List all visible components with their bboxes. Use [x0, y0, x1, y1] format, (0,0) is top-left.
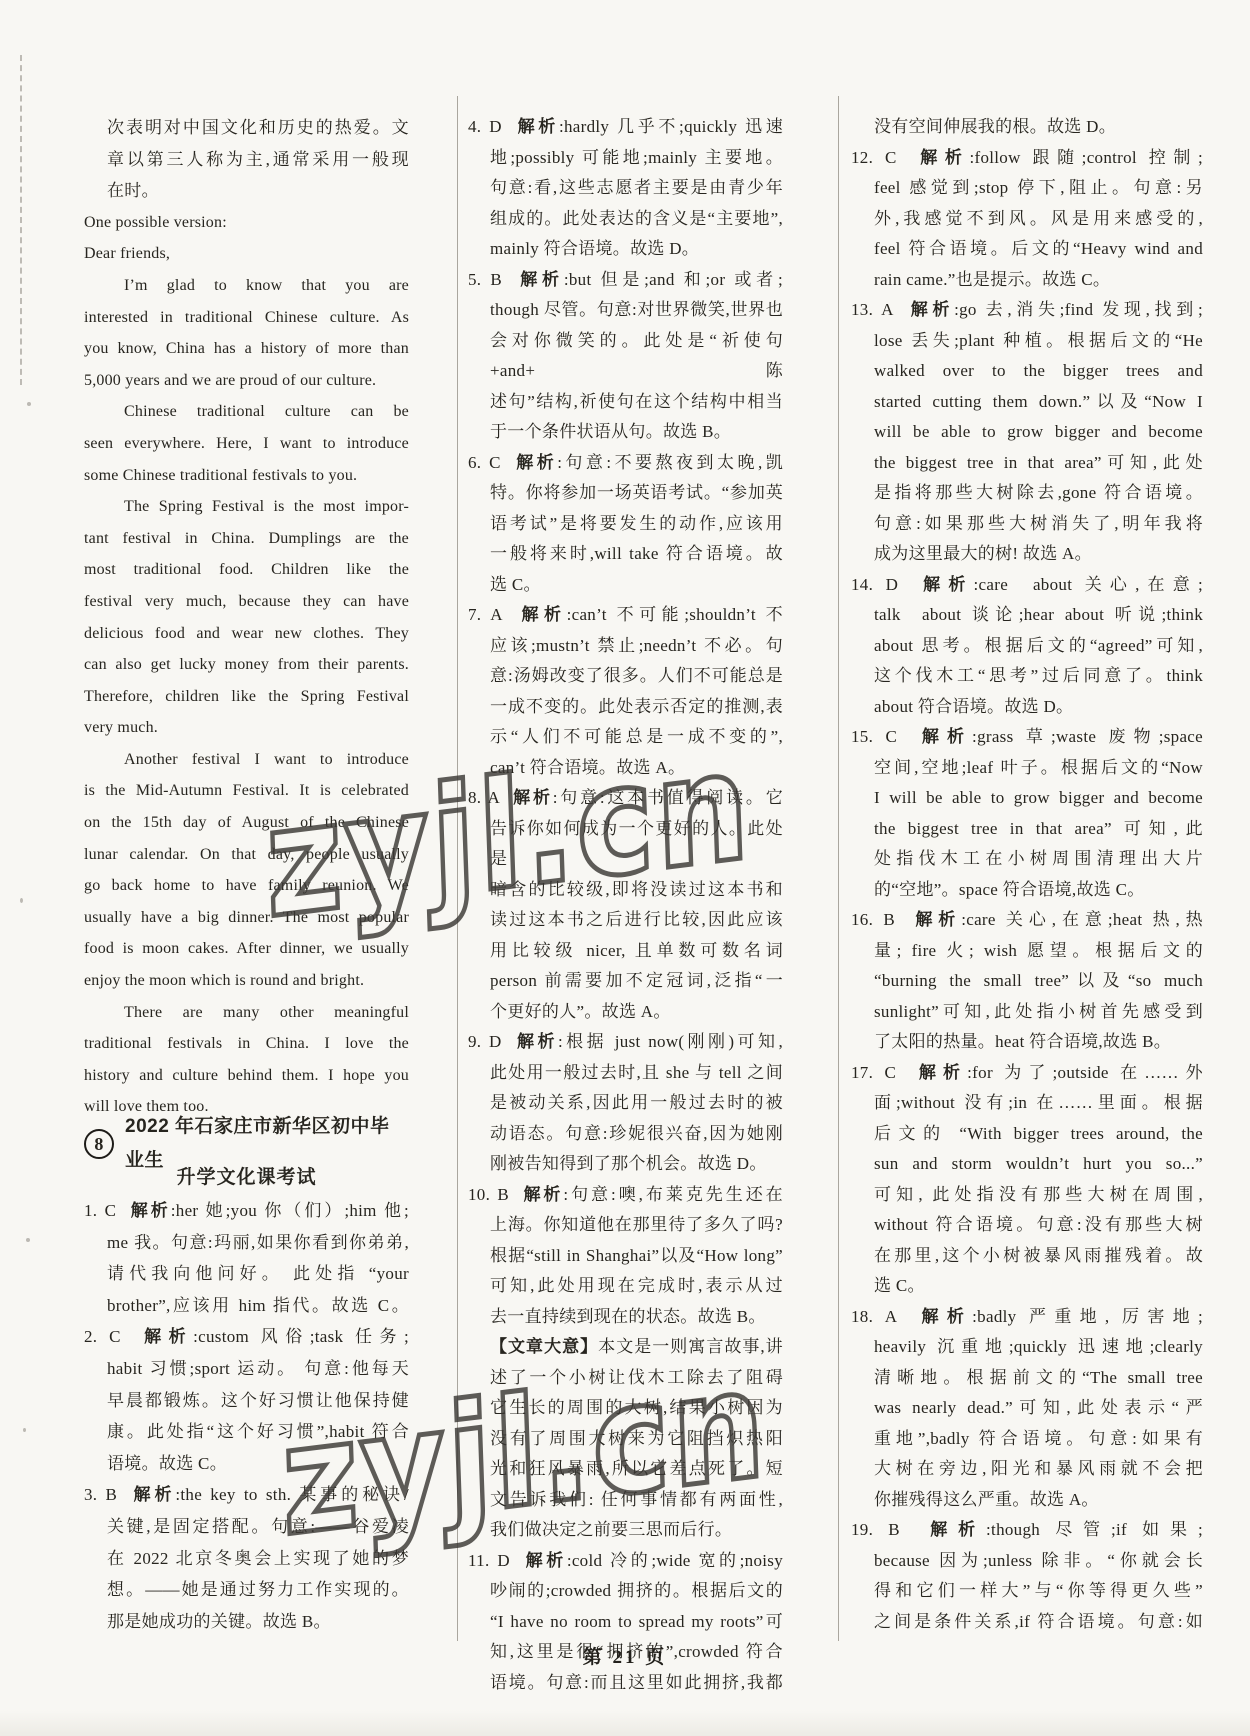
text-segment: :the key to sth. 某事的秘诀/: [175, 1485, 409, 1504]
text-line: 在时。: [84, 175, 409, 207]
text-segment: One possible version:: [84, 214, 227, 231]
text-line: I’m glad to know that you are: [84, 270, 409, 302]
text-segment: 光和狂风暴雨,所以它差点死了。短: [490, 1459, 783, 1478]
text-segment: 你摧残得这么严重。故选 A。: [874, 1490, 1099, 1509]
text-segment: :grass 草;waste 废物;space: [972, 727, 1203, 746]
text-segment: 选 C。: [874, 1276, 925, 1295]
text-line: 述句”结构,祈使句在这个结构中相当: [468, 387, 783, 418]
text-segment: 语境。故选 C。: [107, 1454, 227, 1473]
text-segment: is the Mid-Autumn Festival. It is celebr…: [84, 782, 409, 799]
text-line: 用比较级 nicer, 且单数可数名词: [468, 936, 783, 967]
text-line: 可知, 此处指没有那些大树在周围,: [851, 1180, 1203, 1211]
text-segment: go back home to have family reunion. We: [84, 877, 409, 894]
text-line: started cutting them down.”以及“Now I: [851, 387, 1203, 418]
text-line: seen everywhere. Here, I want to introdu…: [84, 428, 409, 460]
text-line: festival very much, because they can hav…: [84, 586, 409, 618]
text-column-middle: 4. D 解析:hardly 几乎不;quickly 迅速地;possibly …: [468, 112, 783, 1698]
text-line: talk about 谈论;hear about 听说;think: [851, 600, 1203, 631]
text-segment: 得和它们一样大”与“你等得更久些”: [874, 1581, 1203, 1600]
text-line: 请代我向他问好。 此处指 “your: [84, 1258, 409, 1290]
scan-speck: [20, 898, 23, 903]
text-line: 10. B 解析:句意:噢,布莱克先生还在: [468, 1180, 783, 1211]
text-segment: 是被动关系,因此用一般过去时的被: [490, 1093, 783, 1112]
text-segment: 14. D: [851, 575, 923, 594]
text-line: very much.: [84, 712, 409, 744]
text-segment: 暗含的比较级,即将没读过这本书和: [490, 880, 783, 899]
text-line: was nearly dead.”可知,此处表示“严: [851, 1393, 1203, 1424]
text-segment: 上海。你知道他在那里待了多久了吗?: [490, 1215, 783, 1234]
text-line: 一般将来时,will take 符合语境。故: [468, 539, 783, 570]
text-segment: 没有了周围大树来为它阻挡炽热阳: [490, 1429, 783, 1448]
text-segment: 是指将那些大树除去,gone 符合语境。: [874, 483, 1203, 502]
text-line: about 符合语境。故选 D。: [851, 692, 1203, 723]
text-line: the biggest tree in that area”可知,此处: [851, 448, 1203, 479]
text-segment: Dear friends,: [84, 245, 170, 262]
text-segment: 它生长的周围的大树,结果小树因为: [490, 1398, 783, 1417]
text-line: can also get lucky money from their pare…: [84, 649, 409, 681]
scan-speck: [27, 402, 31, 406]
text-segment: delicious food and wear new clothes. The…: [84, 625, 409, 642]
text-segment: There are many other meaningful: [124, 1004, 409, 1021]
text-line: 你摧残得这么严重。故选 A。: [851, 1485, 1203, 1516]
text-line: because 因为;unless 除非。“你就会长: [851, 1546, 1203, 1577]
text-segment: :cold 冷的;wide 宽的;noisy: [567, 1551, 783, 1570]
text-line: 【文章大意】本文是一则寓言故事,讲: [468, 1332, 783, 1363]
text-line: 是被动关系,因此用一般过去时的被: [468, 1088, 783, 1119]
text-line: 16. B 解析:care 关心,在意;heat 热,热: [851, 905, 1203, 936]
text-line: lose 丢失;plant 种植。根据后文的“He: [851, 326, 1203, 357]
text-segment: heavily 沉重地;quickly 迅速地;clearly: [874, 1337, 1203, 1356]
text-line: feel 符合语境。后文的“Heavy wind and: [851, 234, 1203, 265]
text-segment: :custom 风俗;task 任务;: [193, 1327, 409, 1346]
text-segment: 读过这本书之后进行比较,因此应该: [490, 910, 783, 929]
text-segment: enjoy the moon which is round and bright…: [84, 972, 364, 989]
text-line: 了太阳的热量。heat 符合语境,故选 B。: [851, 1027, 1203, 1058]
text-line: sun and storm wouldn’t hurt you so...”: [851, 1149, 1203, 1180]
text-segment: 18. A: [851, 1307, 922, 1326]
text-segment: 语境。句意:而且这里如此拥挤,我都: [490, 1673, 783, 1692]
text-segment: history and culture behind them. I hope …: [84, 1067, 409, 1084]
text-segment: 次表明对中国文化和历史的热爱。文: [107, 118, 409, 137]
text-line: 语境。故选 C。: [84, 1448, 409, 1480]
text-segment: lunar calendar. On that day, people usua…: [84, 846, 409, 863]
text-segment: 解析: [923, 575, 973, 594]
text-segment: :for 为了;outside 在……外: [967, 1063, 1203, 1082]
text-segment: was nearly dead.”可知,此处表示“严: [874, 1398, 1203, 1417]
text-line: 面;without 没有;in 在……里面。根据: [851, 1088, 1203, 1119]
text-segment: 处指伐木工在小树周围清理出大片: [874, 849, 1203, 868]
text-line: 于一个条件状语从句。故选 B。: [468, 417, 783, 448]
text-line: is the Mid-Autumn Festival. It is celebr…: [84, 775, 409, 807]
text-line: 的“空地”。space 符合语境,故选 C。: [851, 875, 1203, 906]
text-line: 6. C 解析:句意:不要熬夜到太晚,凯: [468, 448, 783, 479]
text-segment: 根据“still in Shanghai”以及“How long”: [490, 1246, 783, 1265]
text-line: sunlight”可知,此处指小树首先感受到: [851, 997, 1203, 1028]
text-line: Therefore, children like the Spring Fest…: [84, 681, 409, 713]
text-line: 章以第三人称为主,通常采用一般现: [84, 144, 409, 176]
text-segment: 解析: [518, 117, 559, 136]
text-segment: talk about 谈论;hear about 听说;think: [874, 605, 1203, 624]
text-segment: 解析: [521, 605, 566, 624]
text-line: habit 习惯;sport 运动。 句意:他每天: [84, 1353, 409, 1385]
text-segment: :句意:这本书值得阅读。它: [553, 788, 783, 807]
text-segment: 请代我向他问好。 此处指 “your: [107, 1264, 409, 1283]
text-line: 个更好的人”。故选 A。: [468, 997, 783, 1028]
text-segment: sunlight”可知,此处指小树首先感受到: [874, 1002, 1203, 1021]
text-line: 语考试”是将要发生的动作,应该用: [468, 509, 783, 540]
text-segment: food is moon cakes. After dinner, we usu…: [84, 940, 409, 957]
text-segment: rain came.”也是提示。故选 C。: [874, 270, 1110, 289]
text-segment: me 我。句意:玛丽,如果你看到你弟弟,: [107, 1233, 409, 1252]
text-line: can’t 符合语境。故选 A。: [468, 753, 783, 784]
text-segment: 外,我感觉不到风。风是用来感受的,: [874, 209, 1203, 228]
text-line: 成为这里最大的树! 故选 A。: [851, 539, 1203, 570]
text-line: 那是她成功的关键。故选 B。: [84, 1606, 409, 1638]
text-segment: you know, China has a history of more th…: [84, 340, 409, 357]
text-segment: 5. B: [468, 270, 520, 289]
text-segment: 我们做决定之前要三思而后行。: [490, 1520, 732, 1539]
text-segment: 19. B: [851, 1520, 930, 1539]
text-segment: 早晨都锻炼。这个好习惯让他保持健: [107, 1391, 409, 1410]
text-line: go back home to have family reunion. We: [84, 870, 409, 902]
text-line: 早晨都锻炼。这个好习惯让他保持健: [84, 1385, 409, 1417]
text-segment: 解析: [144, 1327, 193, 1346]
text-line: some Chinese traditional festivals to yo…: [84, 460, 409, 492]
text-line: tant festival in China. Dumplings are th…: [84, 523, 409, 555]
text-line: 外,我感觉不到风。风是用来感受的,: [851, 204, 1203, 235]
text-segment: without 符合语境。句意:没有那些大树: [874, 1215, 1203, 1234]
text-line: 文告诉我们: 任何事情都有两面性,: [468, 1485, 783, 1516]
text-segment: 可知, 此处指没有那些大树在周围,: [874, 1185, 1203, 1204]
text-segment: 7. A: [468, 605, 521, 624]
text-segment: 5,000 years and we are proud of our cult…: [84, 372, 376, 389]
text-segment: tant festival in China. Dumplings are th…: [84, 530, 409, 547]
text-segment: sun and storm wouldn’t hurt you so...”: [874, 1154, 1203, 1173]
text-line: most traditional food. Children like the: [84, 554, 409, 586]
text-line: 地;possibly 可能地;mainly 主要地。: [468, 143, 783, 174]
text-segment: :her 她;you 你（们）;him 他;: [171, 1201, 409, 1220]
text-line: 会对你微笑的。此处是“祈使句+and+陈: [468, 326, 783, 387]
text-segment: 应该;mustn’t 禁止;needn’t 不必。句: [490, 636, 783, 655]
text-segment: about 思考。根据后文的“agreed”可知,: [874, 636, 1203, 655]
text-segment: 解析: [915, 910, 961, 929]
text-segment: 解析: [526, 1551, 567, 1570]
text-line: though 尽管。句意:对世界微笑,世界也: [468, 295, 783, 326]
text-segment: about 符合语境。故选 D。: [874, 697, 1073, 716]
text-segment: 动语态。句意:珍妮很兴奋,因为她刚: [490, 1124, 783, 1143]
text-line: I will be able to grow bigger and become: [851, 783, 1203, 814]
text-line: 2. C 解析:custom 风俗;task 任务;: [84, 1321, 409, 1353]
text-segment: 【文章大意】: [490, 1337, 598, 1356]
text-segment: :go 去,消失;find 发现,找到;: [954, 300, 1203, 319]
text-segment: 个更好的人”。故选 A。: [490, 1002, 671, 1021]
text-segment: 解析: [911, 300, 954, 319]
text-line: 想。——她是通过努力工作实现的。: [84, 1574, 409, 1606]
text-line: 处指伐木工在小树周围清理出大片: [851, 844, 1203, 875]
text-line: you know, China has a history of more th…: [84, 333, 409, 365]
text-segment: 解析: [922, 727, 972, 746]
text-segment: 在时。: [107, 181, 159, 200]
page-number: 第 21 页: [0, 1642, 1250, 1669]
text-line: 句意:如果那些大树消失了,明年我将: [851, 509, 1203, 540]
text-segment: though 尽管。句意:对世界微笑,世界也: [490, 300, 783, 319]
text-line: 5. B 解析:but 但是;and 和;or 或者;: [468, 265, 783, 296]
text-segment: 此处用一般过去时,且 she 与 tell 之间: [490, 1063, 783, 1082]
text-segment: Therefore, children like the Spring Fest…: [84, 688, 409, 705]
text-segment: :follow 跟随;control 控制;: [969, 148, 1203, 167]
text-line: 次表明对中国文化和历史的热爱。文: [84, 112, 409, 144]
text-line: 可知,此处用现在完成时,表示从过: [468, 1271, 783, 1302]
text-line: 动语态。句意:珍妮很兴奋,因为她刚: [468, 1119, 783, 1150]
text-segment: 之间是条件关系,if 符合语境。句意:如: [874, 1612, 1203, 1631]
text-line: on the 15th day of August of the Chinese: [84, 807, 409, 839]
text-segment: 17. C: [851, 1063, 919, 1082]
text-segment: 2. C: [84, 1327, 144, 1346]
text-line: 19. B 解析:though 尽管;if 如果;: [851, 1515, 1203, 1546]
text-segment: 3. B: [84, 1485, 134, 1504]
text-segment: 一成不变的。此处表示否定的推测,表: [490, 697, 783, 716]
text-segment: 关键,是固定搭配。句意:——谷爱凌: [107, 1517, 409, 1536]
text-segment: feel 符合语境。后文的“Heavy wind and: [874, 239, 1203, 258]
text-line: 句意:看,这些志愿者主要是由青少年: [468, 173, 783, 204]
text-segment: 解析: [930, 1520, 986, 1539]
scan-bottom-smudge: [0, 1710, 1250, 1736]
text-column-right: 没有空间伸展我的根。故选 D。12. C 解析:follow 跟随;contro…: [851, 112, 1203, 1637]
text-segment: :can’t 不可能;shouldn’t 不: [567, 605, 783, 624]
text-line: 去一直持续到现在的状态。故选 B。: [468, 1302, 783, 1333]
text-line: 11. D 解析:cold 冷的;wide 宽的;noisy: [468, 1546, 783, 1577]
text-segment: Another festival I want to introduce: [124, 751, 409, 768]
scan-speck: [23, 1428, 26, 1432]
text-segment: The Spring Festival is the most impor-: [124, 498, 409, 515]
text-segment: 15. C: [851, 727, 922, 746]
text-segment: :but 但是;and 和;or 或者;: [564, 270, 783, 289]
text-line: 在那里,这个小树被暴风雨摧残着。故: [851, 1241, 1203, 1272]
text-segment: 康。此处指“这个好习惯”,habit 符合: [107, 1422, 409, 1441]
text-segment: 于一个条件状语从句。故选 B。: [490, 422, 731, 441]
text-line: the biggest tree in that area” 可知,此: [851, 814, 1203, 845]
text-segment: 10. B: [468, 1185, 523, 1204]
text-line: The Spring Festival is the most impor-: [84, 491, 409, 523]
text-segment: 空间,空地;leaf 叶子。根据后文的“Now: [874, 758, 1203, 777]
text-line: 应该;mustn’t 禁止;needn’t 不必。句: [468, 631, 783, 662]
text-line: 在 2022 北京冬奥会上实现了她的梦: [84, 1543, 409, 1575]
text-segment: Chinese traditional culture can be: [124, 403, 409, 420]
text-line: 康。此处指“这个好习惯”,habit 符合: [84, 1416, 409, 1448]
text-line: without 符合语境。句意:没有那些大树: [851, 1210, 1203, 1241]
text-line: will be able to grow bigger and become: [851, 417, 1203, 448]
text-column-left: 次表明对中国文化和历史的热爱。文章以第三人称为主,通常采用一般现在时。One p…: [84, 112, 409, 1637]
text-segment: because 因为;unless 除非。“你就会长: [874, 1551, 1203, 1570]
text-segment: I’m glad to know that you are: [124, 277, 409, 294]
text-line: 一成不变的。此处表示否定的推测,表: [468, 692, 783, 723]
text-segment: 后文的 “With bigger trees around, the: [874, 1124, 1203, 1143]
text-line: 述了一个小树让伐木工除去了阻碍: [468, 1363, 783, 1394]
text-line: 吵闹的;crowded 拥挤的。根据后文的: [468, 1576, 783, 1607]
text-segment: habit 习惯;sport 运动。 句意:他每天: [107, 1359, 409, 1378]
text-line: “I have no room to spread my roots”可: [468, 1607, 783, 1638]
text-segment: :根据 just now(刚刚)可知,: [558, 1032, 783, 1051]
text-segment: 清晰地。根据前文的“The small tree: [874, 1368, 1203, 1387]
text-line: 5,000 years and we are proud of our cult…: [84, 365, 409, 397]
text-line: 8. A 解析:句意:这本书值得阅读。它: [468, 783, 783, 814]
text-line: 此处用一般过去时,且 she 与 tell 之间: [468, 1058, 783, 1089]
text-line: Another festival I want to introduce: [84, 744, 409, 776]
scanned-answer-page: 次表明对中国文化和历史的热爱。文章以第三人称为主,通常采用一般现在时。One p…: [0, 0, 1250, 1736]
text-segment: :句意:噢,布莱克先生还在: [563, 1185, 783, 1204]
text-line: feel 感觉到;stop 停下,阻止。句意:另: [851, 173, 1203, 204]
text-segment: 6. C: [468, 453, 516, 472]
text-segment: very much.: [84, 719, 158, 736]
text-segment: 的“空地”。space 符合语境,故选 C。: [874, 880, 1145, 899]
text-segment: 述句”结构,祈使句在这个结构中相当: [490, 392, 783, 411]
text-line: 15. C 解析:grass 草;waste 废物;space: [851, 722, 1203, 753]
text-line: 特。你将参加一场英语考试。“参加英: [468, 478, 783, 509]
text-segment: festival very much, because they can hav…: [84, 593, 409, 610]
text-segment: 去一直持续到现在的状态。故选 B。: [490, 1307, 766, 1326]
text-line: 4. D 解析:hardly 几乎不;quickly 迅速: [468, 112, 783, 143]
text-line: 14. D 解析:care about 关心,在意;: [851, 570, 1203, 601]
text-segment: 解析: [919, 1063, 967, 1082]
text-line: 选 C。: [851, 1271, 1203, 1302]
text-segment: 句意:看,这些志愿者主要是由青少年: [490, 178, 783, 197]
text-segment: can’t 符合语境。故选 A。: [490, 758, 685, 777]
text-segment: 11. D: [468, 1551, 526, 1570]
text-segment: walked over to the bigger trees and: [874, 361, 1203, 380]
text-line: 组成的。此处表达的含义是“主要地”,: [468, 204, 783, 235]
text-segment: 解析: [513, 788, 553, 807]
text-segment: 在 2022 北京冬奥会上实现了她的梦: [107, 1549, 409, 1568]
text-line: heavily 沉重地;quickly 迅速地;clearly: [851, 1332, 1203, 1363]
text-segment: I will be able to grow bigger and become: [874, 788, 1203, 807]
text-segment: most traditional food. Children like the: [84, 561, 409, 578]
column-divider: [457, 96, 458, 1641]
text-segment: 解析: [520, 270, 564, 289]
text-segment: 了太阳的热量。heat 符合语境,故选 B。: [874, 1032, 1171, 1051]
text-segment: seen everywhere. Here, I want to introdu…: [84, 435, 409, 452]
text-line: 清晰地。根据前文的“The small tree: [851, 1363, 1203, 1394]
text-line: 暗含的比较级,即将没读过这本书和: [468, 875, 783, 906]
text-segment: 句意:如果那些大树消失了,明年我将: [874, 514, 1203, 533]
text-line: walked over to the bigger trees and: [851, 356, 1203, 387]
text-line: 13. A 解析:go 去,消失;find 发现,找到;: [851, 295, 1203, 326]
text-segment: 地;possibly 可能地;mainly 主要地。: [490, 148, 783, 167]
text-segment: some Chinese traditional festivals to yo…: [84, 467, 357, 484]
text-segment: 解析: [134, 1485, 176, 1504]
text-segment: 大树在旁边,阳光和暴风雨就不会把: [874, 1459, 1203, 1478]
text-line: 上海。你知道他在那里待了多久了吗?: [468, 1210, 783, 1241]
text-segment: 选 C。: [490, 575, 541, 594]
text-line: rain came.”也是提示。故选 C。: [851, 265, 1203, 296]
text-line: 是指将那些大树除去,gone 符合语境。: [851, 478, 1203, 509]
text-segment: 解析: [516, 453, 557, 472]
text-line: 之间是条件关系,if 符合语境。句意:如: [851, 1607, 1203, 1638]
text-segment: :badly 严重地, 厉害地;: [972, 1307, 1203, 1326]
text-line: Dear friends,: [84, 238, 409, 270]
text-line: 12. C 解析:follow 跟随;control 控制;: [851, 143, 1203, 174]
text-segment: 解析: [922, 1307, 973, 1326]
text-line: 读过这本书之后进行比较,因此应该: [468, 905, 783, 936]
text-segment: on the 15th day of August of the Chinese: [84, 814, 409, 831]
scan-edge-artifact: [20, 55, 22, 385]
text-segment: 会对你微笑的。此处是“祈使句+and+陈: [490, 331, 783, 381]
text-segment: 解析: [517, 1032, 558, 1051]
text-segment: 8. A: [468, 788, 513, 807]
text-segment: 告诉你如何成为一个更好的人。此处是: [490, 819, 783, 869]
text-segment: 想。——她是通过努力工作实现的。: [107, 1580, 409, 1599]
text-segment: “I have no room to spread my roots”可: [490, 1612, 783, 1631]
text-segment: 重地”,badly 符合语境。句意:如果有: [874, 1429, 1203, 1448]
text-segment: 升学文化课考试: [176, 1167, 316, 1188]
text-segment: 那是她成功的关键。故选 B。: [107, 1612, 331, 1631]
text-segment: 吵闹的;crowded 拥挤的。根据后文的: [490, 1581, 783, 1600]
text-segment: 4. D: [468, 117, 518, 136]
text-segment: traditional festivals in China. I love t…: [84, 1035, 409, 1052]
text-segment: can also get lucky money from their pare…: [84, 656, 409, 673]
text-line: lunar calendar. On that day, people usua…: [84, 839, 409, 871]
text-line: 3. B 解析:the key to sth. 某事的秘诀/: [84, 1479, 409, 1511]
text-line: One possible version:: [84, 207, 409, 239]
text-line: 关键,是固定搭配。句意:——谷爱凌: [84, 1511, 409, 1543]
text-line: 示“人们不可能总是一成不变的”,: [468, 722, 783, 753]
text-line: usually have a big dinner. The most popu…: [84, 902, 409, 934]
text-segment: 12. C: [851, 148, 920, 167]
text-line: interested in traditional Chinese cultur…: [84, 302, 409, 334]
text-line: delicious food and wear new clothes. The…: [84, 618, 409, 650]
text-segment: person 前需要加不定冠词,泛指“一: [490, 971, 783, 990]
text-segment: 16. B: [851, 910, 915, 929]
section-number-badge: 8: [84, 1129, 114, 1159]
text-line: 后文的 “With bigger trees around, the: [851, 1119, 1203, 1150]
text-segment: 13. A: [851, 300, 911, 319]
text-segment: 解析: [920, 148, 969, 167]
text-segment: 特。你将参加一场英语考试。“参加英: [490, 483, 783, 502]
text-line: 大树在旁边,阳光和暴风雨就不会把: [851, 1454, 1203, 1485]
text-line: 82022 年石家庄市新华区初中毕业生: [84, 1127, 409, 1161]
text-line: 重地”,badly 符合语境。句意:如果有: [851, 1424, 1203, 1455]
text-segment: 用比较级 nicer, 且单数可数名词: [490, 941, 783, 960]
text-line: brother”,应该用 him 指代。故选 C。: [84, 1290, 409, 1322]
text-line: 得和它们一样大”与“你等得更久些”: [851, 1576, 1203, 1607]
text-line: history and culture behind them. I hope …: [84, 1060, 409, 1092]
text-line: 根据“still in Shanghai”以及“How long”: [468, 1241, 783, 1272]
text-line: Chinese traditional culture can be: [84, 396, 409, 428]
text-segment: 面;without 没有;in 在……里面。根据: [874, 1093, 1203, 1112]
text-segment: usually have a big dinner. The most popu…: [84, 909, 409, 926]
text-segment: feel 感觉到;stop 停下,阻止。句意:另: [874, 178, 1203, 197]
scan-speck: [26, 1238, 30, 1242]
text-line: about 思考。根据后文的“agreed”可知,: [851, 631, 1203, 662]
text-segment: lose 丢失;plant 种植。根据后文的“He: [874, 331, 1203, 350]
text-segment: 在那里,这个小树被暴风雨摧残着。故: [874, 1246, 1203, 1265]
text-line: 它生长的周围的大树,结果小树因为: [468, 1393, 783, 1424]
text-line: 7. A 解析:can’t 不可能;shouldn’t 不: [468, 600, 783, 631]
text-line: 告诉你如何成为一个更好的人。此处是: [468, 814, 783, 875]
text-segment: 述了一个小树让伐木工除去了阻碍: [490, 1368, 783, 1387]
text-line: 意:汤姆改变了很多。人们不可能总是: [468, 661, 783, 692]
text-line: 光和狂风暴雨,所以它差点死了。短: [468, 1454, 783, 1485]
text-segment: interested in traditional Chinese cultur…: [84, 309, 409, 326]
text-segment: 解析: [131, 1201, 171, 1220]
text-segment: mainly 符合语境。故选 D。: [490, 239, 699, 258]
text-line: “burning the small tree”以及“so much: [851, 966, 1203, 997]
text-line: mainly 符合语境。故选 D。: [468, 234, 783, 265]
text-segment: 刚被告知得到了那个机会。故选 D。: [490, 1154, 767, 1173]
column-divider: [838, 96, 839, 1641]
text-line: 没有了周围大树来为它阻挡炽热阳: [468, 1424, 783, 1455]
text-line: 9. D 解析:根据 just now(刚刚)可知,: [468, 1027, 783, 1058]
text-segment: 1. C: [84, 1201, 131, 1220]
